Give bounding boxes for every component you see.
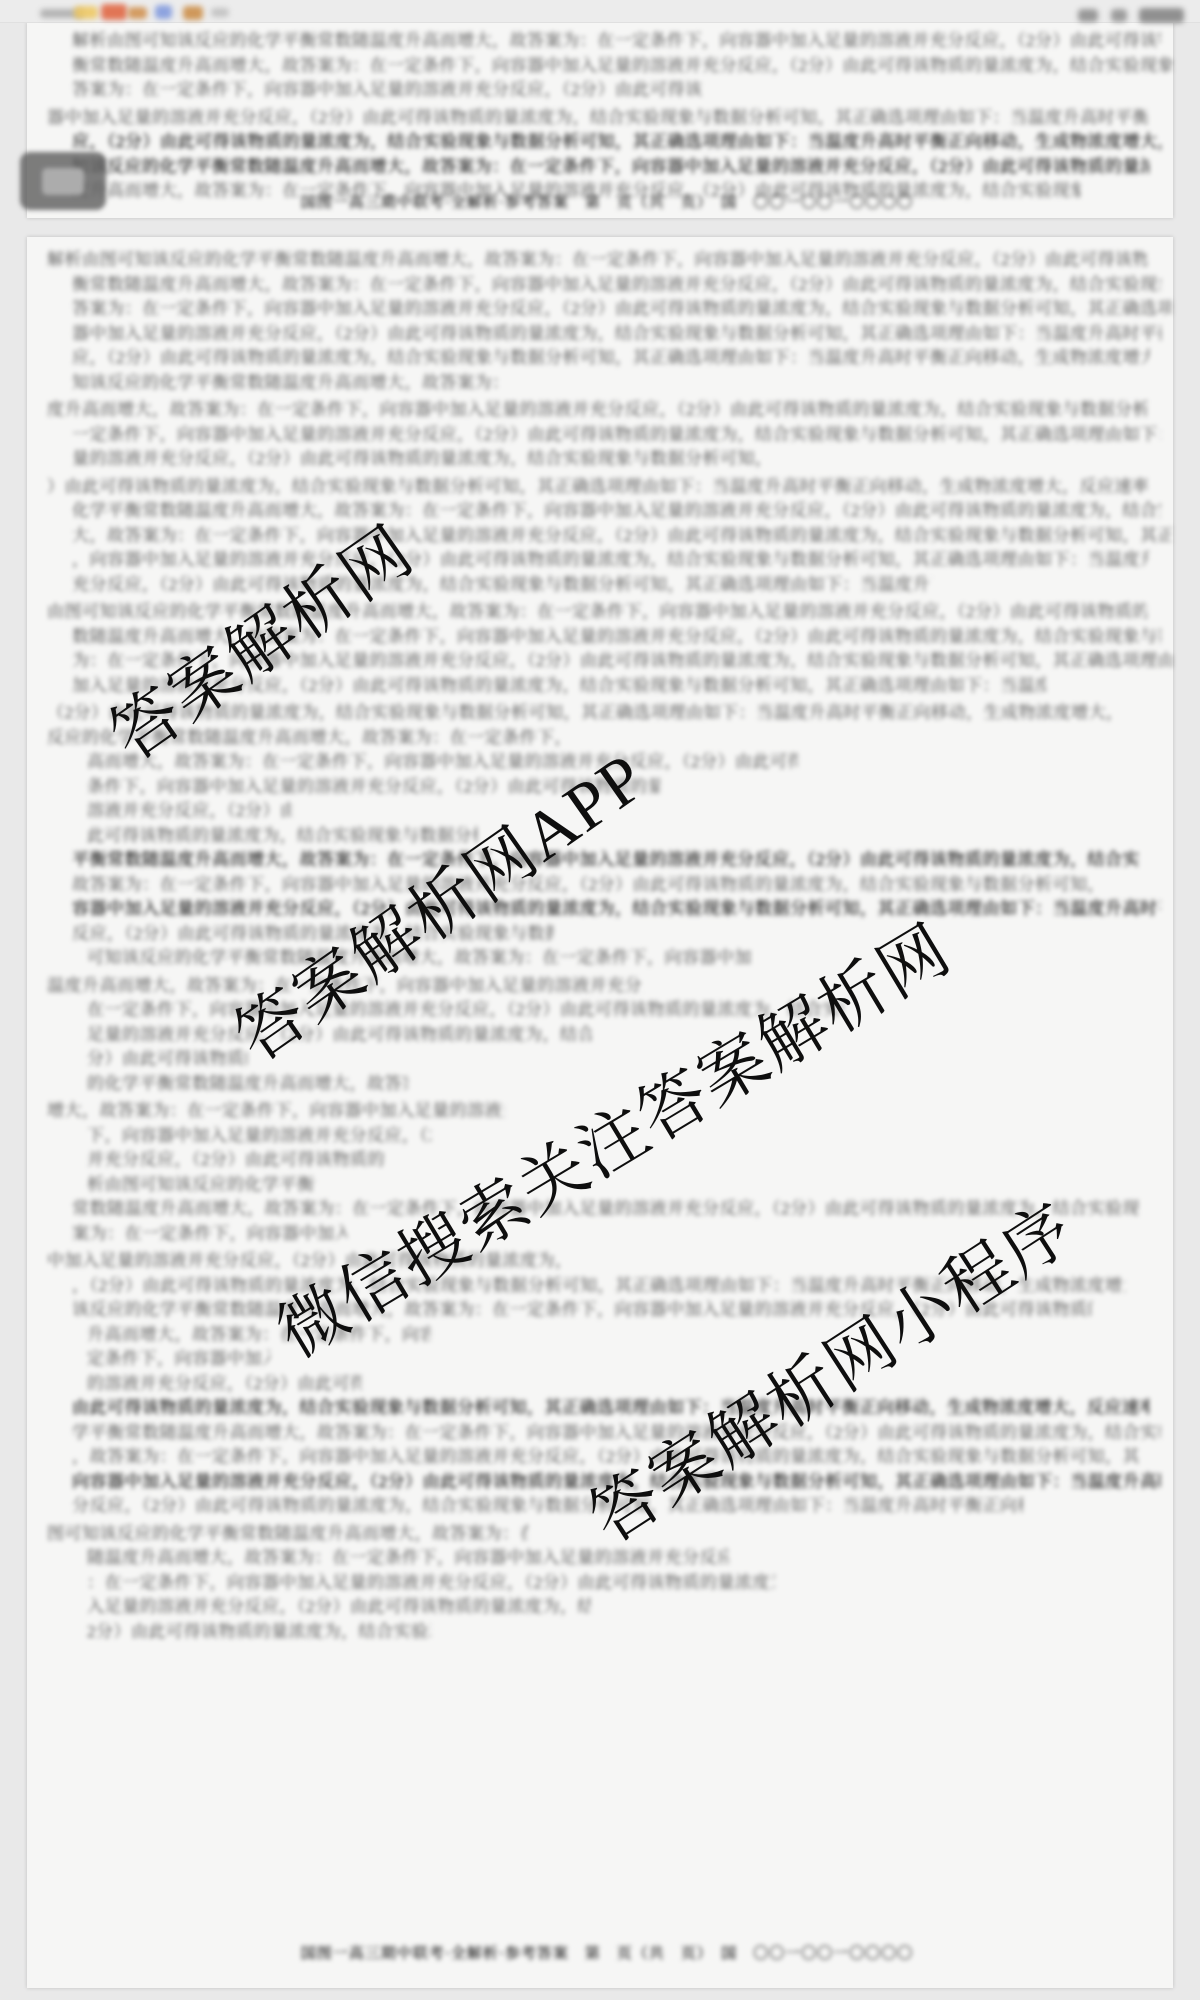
page-footer: 国图一高三期中联考·全解析·参考答案 第 页（共 页） 国 〇〇一〇〇一〇〇〇〇 bbox=[252, 192, 962, 214]
blurred-text-line: 案为：在一定条件下，向容器中加入足量的溶液并充分反应，（2分）由此可得该物质的量… bbox=[72, 1222, 347, 1247]
floating-side-button[interactable] bbox=[20, 152, 106, 210]
blurred-text-line: 下，向容器中加入足量的溶液并充分反应，（2分）由此可得该物质的量浓度为，结合实验… bbox=[87, 1124, 431, 1149]
blurred-text-line: 图可知该反应的化学平衡常数随温度升高而增大，故答案为：在一定条件下，向容器中加入… bbox=[47, 1522, 528, 1547]
blurred-text-line: 知该反应的化学平衡常数随温度升高而增大，故答案为：在一定条件下，向容器中加入足量… bbox=[72, 155, 1149, 180]
blurred-text-line: 化学平衡常数随温度升高而增大，故答案为：在一定条件下，向容器中加入足量的溶液并充… bbox=[72, 499, 1161, 524]
blurred-text-line: 析由图可知该反应的化学平衡常数随温度升高而增大，故答案为：在一定条件下，向容器中… bbox=[87, 1173, 316, 1198]
blurred-text-line: 分）由此可得该物质的量浓度为，结合实验现象与数据分析可知，其正确选项理由如下：当… bbox=[87, 1047, 247, 1072]
blurred-text-line: 分反应，（2分）由此可得该物质的量浓度为，结合实验现象与数据分析可知，其正确选项… bbox=[72, 1494, 1023, 1519]
toolbar-favicon-icon[interactable] bbox=[74, 6, 98, 19]
toolbar-favicon-icon[interactable] bbox=[155, 5, 172, 19]
blurred-text-line: 度升高而增大，故答案为：在一定条件下，向容器中加入足量的溶液并充分反应，（2分）… bbox=[47, 398, 1147, 423]
blurred-text-line: 此可得该物质的量浓度为，结合实验现象与数据分析可知，其正确选项理由如下：当温度升… bbox=[87, 824, 477, 849]
blurred-text-line: 答案为：在一定条件下，向容器中加入足量的溶液并充分反应，（2分）由此可得该物质的… bbox=[72, 78, 702, 103]
blurred-text-line: 一定条件下，向容器中加入足量的溶液并充分反应，（2分）由此可得该物质的量浓度为，… bbox=[72, 423, 1161, 448]
blurred-text-line: 的溶液并充分反应，（2分）由此可得该物质的量浓度为，结合实验现象与数据分析可知，… bbox=[87, 1372, 362, 1397]
blurred-text-line: 衡常数随温度升高而增大，故答案为：在一定条件下，向容器中加入足量的溶液并充分反应… bbox=[72, 273, 1161, 298]
blurred-text-line: 解析由图可知该反应的化学平衡常数随温度升高而增大，故答案为：在一定条件下，向容器… bbox=[72, 29, 1161, 54]
blurred-text-line: ，向容器中加入足量的溶液并充分反应，（2分）由此可得该物质的量浓度为，结合实验现… bbox=[72, 548, 1149, 573]
toolbar-favicon-icon[interactable] bbox=[128, 7, 147, 19]
blurred-text-line: 学平衡常数随温度升高而增大，故答案为：在一定条件下，向容器中加入足量的溶液并充分… bbox=[72, 1421, 1161, 1446]
page-footer: 国图一高三期中联考·全解析·参考答案 第 页（共 页） 国 〇〇一〇〇一〇〇〇〇 bbox=[252, 1943, 962, 1965]
blurred-text-line: 平衡常数随温度升高而增大，故答案为：在一定条件下，向容器中加入足量的溶液并充分反… bbox=[72, 848, 1138, 873]
blurred-text-line: 入足量的溶液并充分反应，（2分）由此可得该物质的量浓度为，结合实验现象与数据分析… bbox=[87, 1595, 591, 1620]
blurred-text-line: 器中加入足量的溶液并充分反应，（2分）由此可得该物质的量浓度为，结合实验现象与数… bbox=[47, 106, 1147, 131]
toolbar-favicon-icon[interactable] bbox=[211, 8, 229, 17]
toolbar-favicon-icon[interactable] bbox=[101, 4, 127, 20]
toolbar-menu-icon[interactable] bbox=[1078, 9, 1098, 22]
document-page-1: 解析由图可知该反应的化学平衡常数随温度升高而增大，故答案为：在一定条件下，向容器… bbox=[27, 22, 1173, 218]
blurred-text-line: 由此可得该物质的量浓度为，结合实验现象与数据分析可知，其正确选项理由如下：当温度… bbox=[72, 1396, 1149, 1421]
blurred-text-line: 应，（2分）由此可得该物质的量浓度为，结合实验现象与数据分析可知，其正确选项理由… bbox=[72, 130, 1161, 155]
toolbar-menu-icon[interactable] bbox=[1139, 8, 1184, 23]
blurred-text-line: 解析由图可知该反应的化学平衡常数随温度升高而增大，故答案为：在一定条件下，向容器… bbox=[47, 248, 1147, 273]
blurred-text-line: 高而增大，故答案为：在一定条件下，向容器中加入足量的溶液并充分反应，（2分）由此… bbox=[87, 750, 798, 775]
toolbar-menu-icon[interactable] bbox=[1111, 9, 1127, 22]
blurred-text-line: 2分）由此可得该物质的量浓度为，结合实验现象与数据分析可知，其正确选项理由如下：… bbox=[87, 1620, 431, 1645]
blurred-text-line: 衡常数随温度升高而增大，故答案为：在一定条件下，向容器中加入足量的溶液并充分反应… bbox=[72, 54, 1172, 79]
blurred-text-line: 定条件下，向容器中加入足量的溶液并充分反应，（2分）由此可得该物质的量浓度为，结… bbox=[87, 1347, 270, 1372]
blurred-text-line: 应，（2分）由此可得该物质的量浓度为，结合实验现象与数据分析可知，其正确选项理由… bbox=[72, 346, 1149, 371]
blurred-text-line: 溶液并充分反应，（2分）由此可得该物质的量浓度为，结合实验现象与数据分析可知，其… bbox=[87, 799, 293, 824]
blurred-text-line: 故答案为：在一定条件下，向容器中加入足量的溶液并充分反应，（2分）由此可得该物质… bbox=[72, 873, 1103, 898]
blurred-text-line: 大，故答案为：在一定条件下，向容器中加入足量的溶液并充分反应，（2分）由此可得该… bbox=[72, 524, 1172, 549]
blurred-text-line: 的化学平衡常数随温度升高而增大，故答案为：在一定条件下，向容器中加入足量的溶液并… bbox=[87, 1072, 408, 1097]
blurred-text-line: ：在一定条件下，向容器中加入足量的溶液并充分反应，（2分）由此可得该物质的量浓度… bbox=[87, 1571, 775, 1596]
blurred-text-line: 并充分反应，（2分）由此可得该物质的量浓度为，结合实验现象与数据分析可知，其正确… bbox=[87, 1148, 385, 1173]
blurred-text-line: 充分反应，（2分）由此可得该物质的量浓度为，结合实验现象与数据分析可知，其正确选… bbox=[72, 573, 932, 598]
blurred-text-line: 增大，故答案为：在一定条件下，向容器中加入足量的溶液并充分反应，（2分）由此可得… bbox=[47, 1099, 505, 1124]
blurred-text-line: 容器中加入足量的溶液并充分反应，（2分）由此可得该物质的量浓度为，结合实验现象与… bbox=[72, 897, 1161, 922]
browser-toolbar bbox=[0, 0, 1200, 23]
document-viewer: { "toolbar": { "icons": [ {"x":40,"y":9,… bbox=[0, 0, 1200, 2000]
blurred-text-line: 答案为：在一定条件下，向容器中加入足量的溶液并充分反应，（2分）由此可得该物质的… bbox=[72, 297, 1172, 322]
toolbar-favicon-icon[interactable] bbox=[183, 6, 203, 20]
blurred-text-line: 器中加入足量的溶液并充分反应，（2分）由此可得该物质的量浓度为，结合实验现象与数… bbox=[72, 322, 1161, 347]
floating-side-button-icon bbox=[42, 168, 84, 195]
blurred-text-line: ）由此可得该物质的量浓度为，结合实验现象与数据分析可知，其正确选项理由如下：当温… bbox=[47, 475, 1147, 500]
blurred-text-line: 量的溶液并充分反应，（2分）由此可得该物质的量浓度为，结合实验现象与数据分析可知… bbox=[72, 447, 760, 472]
blurred-text-line: 知该反应的化学平衡常数随温度升高而增大，故答案为：在一定条件下，向容器中加入足量… bbox=[72, 371, 507, 396]
